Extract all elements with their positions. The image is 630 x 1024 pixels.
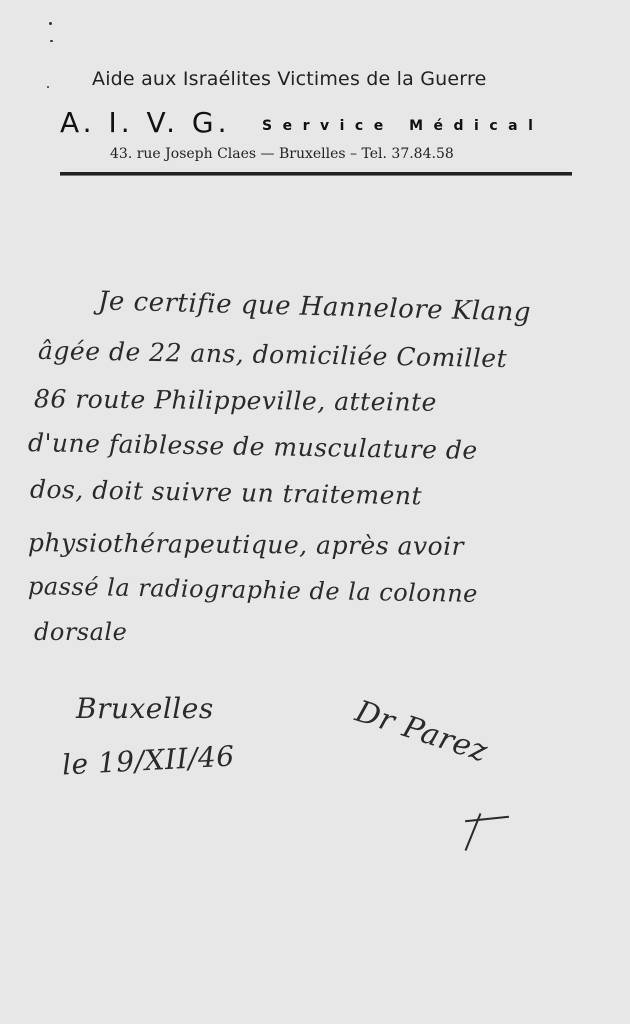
document-page: Aide aux Israélites Victimes de la Guerr…	[0, 0, 630, 1024]
department-name: Service Médical	[262, 118, 543, 134]
body-line: âgée de 22 ans, domiciliée Comillet	[38, 336, 508, 373]
letterhead-rule	[60, 172, 572, 176]
body-line: d'une faiblesse de musculature de	[28, 428, 478, 465]
date: le 19/XII/46	[61, 740, 235, 782]
margin-mark	[50, 40, 53, 42]
body-line: passé la radiographie de la colonne	[28, 572, 478, 608]
body-line: Je certifie que Hannelore Klang	[98, 286, 532, 327]
signature: Dr Parez	[351, 694, 492, 769]
body-line: dorsale	[34, 618, 127, 646]
margin-mark	[49, 22, 52, 25]
body-line: physiothérapeutique, après avoir	[28, 528, 464, 561]
body-line: dos, doit suivre un traitement	[30, 475, 423, 511]
organization-name: Aide aux Israélites Victimes de la Guerr…	[0, 68, 630, 90]
body-line: 86 route Philippeville, atteinte	[34, 384, 437, 417]
place: Bruxelles	[76, 692, 214, 725]
organization-acronym: A. I. V. G.	[60, 106, 230, 139]
signature-flourish	[465, 816, 509, 823]
organization-address: 43. rue Joseph Claes — Bruxelles – Tel. …	[110, 146, 454, 162]
